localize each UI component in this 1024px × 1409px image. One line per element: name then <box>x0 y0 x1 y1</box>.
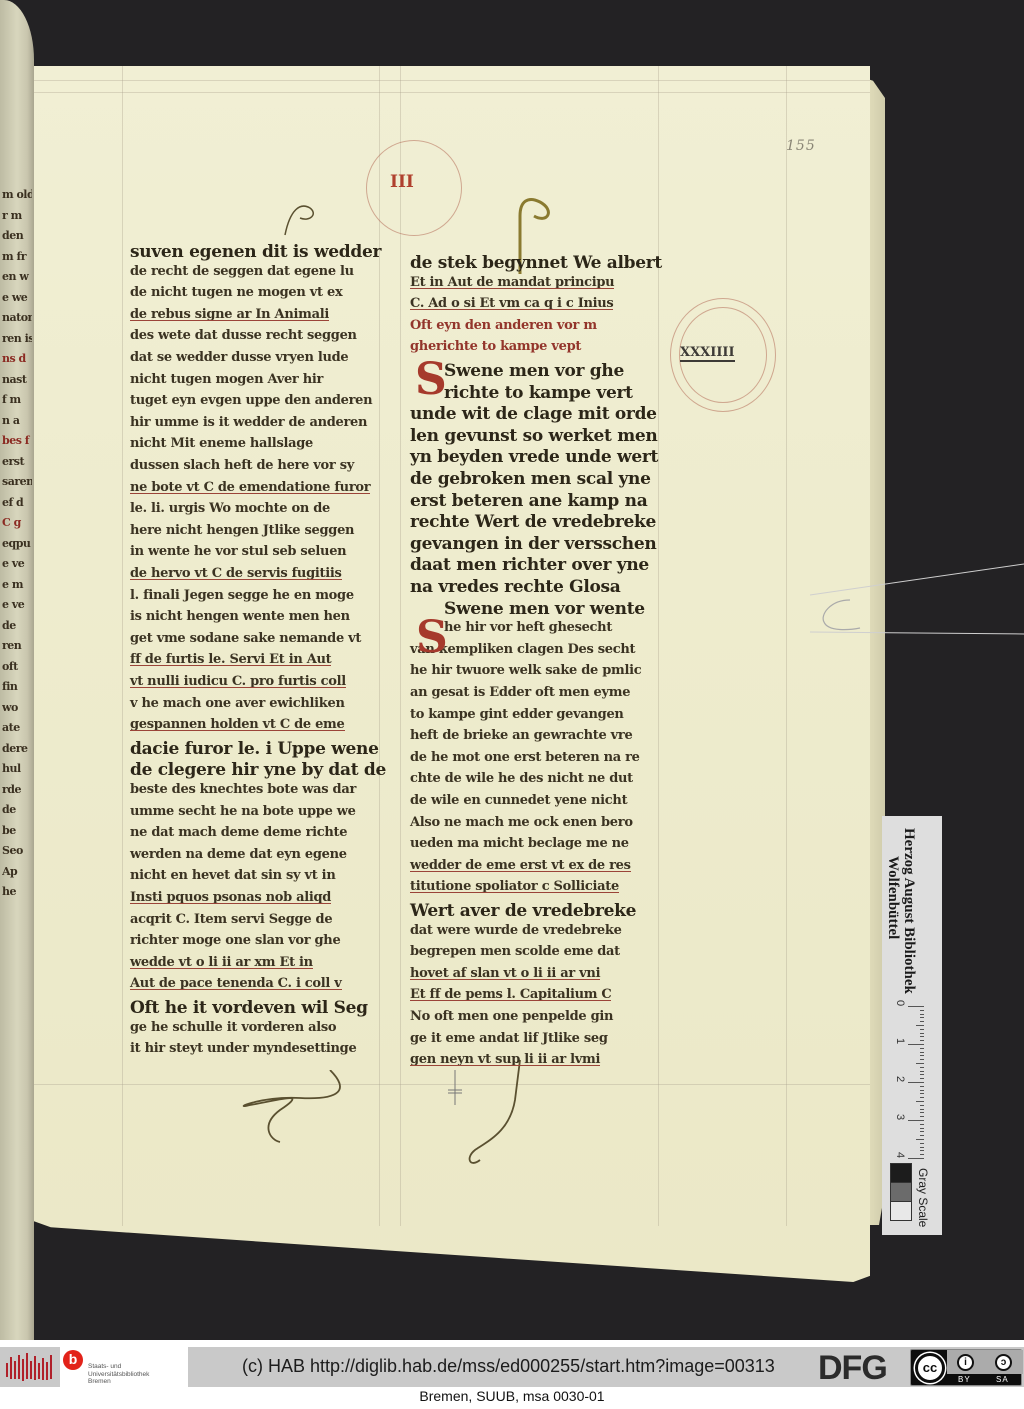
ruler-tick <box>920 1067 924 1068</box>
manuscript-line: Wert aver de vredebreke <box>410 901 636 921</box>
manuscript-line: erst beteren ane kamp na <box>410 491 647 511</box>
manuscript-line: ne dat mach deme deme richte <box>130 825 347 840</box>
manuscript-line: vt nulli iudicu C. pro furtis coll <box>130 674 346 689</box>
ruling-line <box>658 66 659 1226</box>
flourish-decoration <box>420 1060 540 1170</box>
facing-page-line: den <box>2 226 32 247</box>
facing-page-line: hul <box>2 759 32 780</box>
manuscript-line: werden na deme dat eyn egene <box>130 847 347 862</box>
chapter-numeral: III <box>390 172 414 192</box>
ruler-tick <box>920 1112 924 1113</box>
ruler-tick <box>920 1097 924 1098</box>
manuscript-line: tuget eyn evgen uppe den anderen <box>130 393 372 408</box>
facing-page-line: he <box>2 882 32 903</box>
ruler-tick <box>916 1063 924 1064</box>
manuscript-line: nicht Mit eneme hallslage <box>130 436 313 451</box>
manuscript-line: Aut de pace tenenda C. i coll v <box>130 976 342 991</box>
manuscript-line: l. finali Jegen segge he en moge <box>130 588 354 603</box>
ruler-tick <box>908 1006 924 1007</box>
facing-page-line: dere <box>2 739 32 760</box>
suub-b-logo: b <box>63 1350 83 1370</box>
ruler-tick <box>920 1154 924 1155</box>
facing-page-line: Ap <box>2 862 32 883</box>
manuscript-line: hovet af slan vt o li ii ar vni <box>410 966 600 981</box>
ruler-label: 4 <box>894 1152 906 1158</box>
facing-page-line: r m <box>2 206 32 227</box>
manuscript-line: yn beyden vrede unde wert <box>410 447 658 467</box>
ruler-tick <box>920 1014 924 1015</box>
ruler-tick <box>916 1139 924 1140</box>
manuscript-line: here nicht hengen Jtlike seggen <box>130 523 354 538</box>
manuscript-line: dat were wurde de vredebreke <box>410 923 622 938</box>
by-label: BY <box>958 1375 971 1384</box>
manuscript-line: beste des knechtes bote was dar <box>130 782 356 797</box>
facing-page-line: erst <box>2 452 32 473</box>
manuscript-line: des wete dat dusse recht seggen <box>130 328 357 343</box>
manuscript-line: C. Ad o si Et vm ca q i c Inius <box>410 296 613 311</box>
facing-page-text: m oldr mdenm fren we wenatonren isns dna… <box>2 185 32 903</box>
chapter-circle <box>366 140 462 236</box>
facing-page-line: ate <box>2 718 32 739</box>
ruler-label: 2 <box>894 1076 906 1082</box>
manuscript-line: an gesat is Edder oft men eyme <box>410 685 630 700</box>
manuscript-line: le. li. urgis Wo mochte on de <box>130 501 330 516</box>
ruler-tick <box>920 1116 924 1117</box>
manuscript-line: Et in Aut de mandat principu <box>410 275 614 290</box>
ruler-tick <box>920 1074 924 1075</box>
suub-name-line: Staats- und <box>88 1363 149 1371</box>
facing-page-line: oft <box>2 657 32 678</box>
attribution-icon: i <box>957 1354 974 1371</box>
manuscript-line: suven egenen dit is wedder <box>130 242 381 262</box>
target-institution-name: Herzog August Bibliothek <box>900 828 917 994</box>
manuscript-line: gevangen in der versschen <box>410 534 656 554</box>
manuscript-line: dat se wedder dusse vryen lude <box>130 350 348 365</box>
ruling-line <box>786 66 787 1226</box>
ruler-tick <box>920 1071 924 1072</box>
facing-page-line: e ve <box>2 554 32 575</box>
manuscript-line: wedder de eme erst vt ex de res <box>410 858 631 873</box>
ruling-line <box>34 80 870 81</box>
manuscript-line: richte to kampe vert <box>444 383 633 403</box>
facing-page-line: de <box>2 616 32 637</box>
manuscript-line: is nicht hengen wente men hen <box>130 609 350 624</box>
ruler-tick <box>920 1135 924 1136</box>
suub-bars-icon <box>6 1353 52 1381</box>
facing-page-line: n a <box>2 411 32 432</box>
manuscript-line: nicht tugen mogen Aver hir <box>130 372 323 387</box>
copyright-link[interactable]: (c) HAB http://diglib.hab.de/mss/ed00025… <box>242 1356 775 1377</box>
facing-page-line: be <box>2 821 32 842</box>
ruling-line <box>400 66 401 1226</box>
manuscript-line: umme secht he na bote uppe we <box>130 804 356 819</box>
ruler-tick <box>920 1055 924 1056</box>
facing-page-line: rde <box>2 780 32 801</box>
ruling-line <box>34 92 870 93</box>
flourish-decoration <box>220 1070 380 1150</box>
manuscript-line: Insti pquos psonas nob aliqd <box>130 890 331 905</box>
suub-name-line: Universitätsbibliothek <box>88 1371 149 1379</box>
facing-page-line: m old <box>2 185 32 206</box>
share-alike-icon: ↄ <box>995 1354 1012 1371</box>
manuscript-line: Swene men vor ghe <box>444 361 624 381</box>
rubricated-initial: S <box>415 358 447 402</box>
manuscript-line: he hir vor heft ghesecht <box>444 620 612 635</box>
facing-page-line: saren <box>2 472 32 493</box>
ruler-tick <box>920 1147 924 1148</box>
ruler-tick <box>916 1025 924 1026</box>
facing-page-line: bes f <box>2 431 32 452</box>
manuscript-line: de recht de seggen dat egene lu <box>130 264 354 279</box>
facing-page-line: ren <box>2 636 32 657</box>
facing-page-line: wo <box>2 698 32 719</box>
manuscript-line: dacie furor le. i Uppe wene <box>130 739 379 759</box>
manuscript-line: gherichte to kampe vept <box>410 339 581 354</box>
manuscript-line: hir umme is it wedder de anderen <box>130 415 367 430</box>
facing-page-line: e m <box>2 575 32 596</box>
manuscript-line: No oft men one penpelde gin <box>410 1009 613 1024</box>
ruler-tick <box>908 1082 924 1083</box>
ruler-tick <box>920 1109 924 1110</box>
facing-page-left: m oldr mdenm fren we wenatonren isns dna… <box>0 0 34 1340</box>
facing-page-line: e ve <box>2 595 32 616</box>
manuscript-line: de gebroken men scal yne <box>410 469 651 489</box>
facing-page-line: ren is <box>2 329 32 350</box>
ruler-tick <box>920 1010 924 1011</box>
manuscript-line: heft de brieke an gewrachte vre <box>410 728 632 743</box>
folio-number: 155 <box>786 138 816 154</box>
ruler-label: 1 <box>894 1038 906 1044</box>
ruler-tick <box>920 1040 924 1041</box>
gray-swatch-mid <box>890 1182 912 1202</box>
manuscript-line: len gevunst so werket men <box>410 426 657 446</box>
ruler-tick <box>908 1120 924 1121</box>
facing-page-line: Seo <box>2 841 32 862</box>
manuscript-line: de stek begynnet We albert <box>410 253 662 273</box>
ruling-line <box>122 66 123 1226</box>
facing-page-line: m fr <box>2 247 32 268</box>
manuscript-line: Swene men vor wente <box>444 599 645 619</box>
manuscript-line: he hir twuore welk sake de pmlic <box>410 663 641 678</box>
ruler-tick <box>920 1059 924 1060</box>
manuscript-line: nicht en hevet dat sin sy vt in <box>130 868 335 883</box>
chapter-numeral: XXXIIII <box>680 345 735 362</box>
manuscript-line: rechte Wert de vredebreke <box>410 512 656 532</box>
ruler-tick <box>920 1143 924 1144</box>
facing-page-line: C g <box>2 513 32 534</box>
manuscript-line: chte de wile he des nicht ne dut <box>410 771 633 786</box>
gray-swatch-white <box>890 1201 912 1221</box>
binding-thread <box>810 560 1024 640</box>
facing-page-line: fin <box>2 677 32 698</box>
gray-scale-label: Gray Scale <box>916 1168 930 1227</box>
color-calibration-target: Herzog August Bibliothek Wolfenbüttel 01… <box>882 816 942 1235</box>
suub-barcode-logo <box>0 1347 58 1387</box>
cc-icon: cc <box>915 1353 945 1383</box>
ruler-tick <box>908 1158 924 1159</box>
sa-label: SA <box>996 1375 1009 1384</box>
ruler-tick <box>920 1033 924 1034</box>
manuscript-line: begrepen men scolde eme dat <box>410 944 620 959</box>
manuscript-line: v he mach one aver ewichliken <box>130 696 345 711</box>
facing-page-line: naton <box>2 308 32 329</box>
rubricated-initial: S <box>416 616 448 660</box>
manuscript-line: Oft he it vordeven wil Seg <box>130 998 368 1018</box>
suub-name: Staats- und Universitätsbibliothek Breme… <box>88 1363 149 1386</box>
manuscript-scan: m oldr mdenm fren we wenatonren isns dna… <box>0 0 1024 1340</box>
facing-page-line: nast <box>2 370 32 391</box>
manuscript-line: de hervo vt C de servis fugitiis <box>130 566 342 581</box>
manuscript-line: richter moge one slan vor ghe <box>130 933 340 948</box>
facing-page-line: de <box>2 800 32 821</box>
manuscript-line: acqrit C. Item servi Segge de <box>130 912 332 927</box>
manuscript-line: to kampe gint edder gevangen <box>410 707 624 722</box>
facing-page-line: eqpu <box>2 534 32 555</box>
manuscript-line: ueden ma micht beclage me ne <box>410 836 629 851</box>
ruler-tick <box>920 1036 924 1037</box>
dfg-logo: DFG <box>818 1350 887 1386</box>
ruler-tick <box>920 1048 924 1049</box>
ruler-label: 3 <box>894 1114 906 1120</box>
ruler-tick <box>916 1101 924 1102</box>
suub-name-line: Bremen <box>88 1378 149 1386</box>
ruler-tick <box>920 1090 924 1091</box>
manuscript-line: de rebus signe ar In Animali <box>130 307 329 322</box>
ruler-tick <box>920 1052 924 1053</box>
ruler-tick <box>920 1021 924 1022</box>
manuscript-line: daat men richter over yne <box>410 555 649 575</box>
manuscript-line: in wente he vor stul seb seluen <box>130 544 346 559</box>
ruler-tick <box>920 1017 924 1018</box>
ruler-tick <box>920 1131 924 1132</box>
manuscript-line: gen neyn vt sup li ii ar lvmi <box>410 1052 600 1067</box>
shelfmark: Bremen, SUUB, msa 0030-01 <box>0 1388 1024 1404</box>
manuscript-line: ff de furtis le. Servi Et in Aut <box>130 652 331 667</box>
manuscript-line: ge it eme andat lif Jtlike seg <box>410 1031 608 1046</box>
ruler-tick <box>920 1078 924 1079</box>
flourish-decoration <box>270 200 330 240</box>
target-institution-city: Wolfenbüttel <box>884 856 901 939</box>
facing-page-line: en w <box>2 267 32 288</box>
ruling-line <box>379 66 380 1226</box>
manuscript-line: unde wit de clage mit orde <box>410 404 657 424</box>
ruler-tick <box>920 1093 924 1094</box>
cc-license-badge[interactable]: cc i ↄ BY SA <box>910 1349 1022 1386</box>
manuscript-line: it hir steyt under myndesettinge <box>130 1041 356 1056</box>
manuscript-line: wedde vt o li ii ar xm Et in <box>130 955 313 970</box>
manuscript-line: Et ff de pems l. Capitalium C <box>410 987 611 1002</box>
manuscript-line: de clegere hir yne by dat de <box>130 760 386 780</box>
ruler-tick <box>908 1044 924 1045</box>
ruler-tick <box>920 1105 924 1106</box>
facing-page-line: f m <box>2 390 32 411</box>
manuscript-line: de nicht tugen ne mogen vt ex <box>130 285 342 300</box>
ruler-tick <box>920 1150 924 1151</box>
manuscript-line: titutione spoliator c Solliciate <box>410 879 619 894</box>
manuscript-line: get vme sodane sake nemande vt <box>130 631 361 646</box>
facing-page-line: ns d <box>2 349 32 370</box>
manuscript-line: na vredes rechte Glosa <box>410 577 621 597</box>
ruler-tick <box>920 1124 924 1125</box>
manuscript-line: Also ne mach me ock enen bero <box>410 815 633 830</box>
manuscript-line: gespannen holden vt C de eme <box>130 717 345 732</box>
manuscript-line: Oft eyn den anderen vor m <box>410 318 597 333</box>
manuscript-line: ne bote vt C de emendatione furor <box>130 480 370 495</box>
ruler-tick <box>920 1086 924 1087</box>
manuscript-line: de he mot one erst beteren na re <box>410 750 640 765</box>
ruler-tick <box>920 1128 924 1129</box>
facing-page-line: e we <box>2 288 32 309</box>
ruler-label: 0 <box>894 1000 906 1006</box>
manuscript-line: dussen slach heft de here vor sy <box>130 458 354 473</box>
gray-swatch-black <box>890 1163 912 1183</box>
facing-page-line: ef d <box>2 493 32 514</box>
footer-bar: b Staats- und Universitätsbibliothek Bre… <box>0 1347 1024 1387</box>
manuscript-line: ge he schulle it vorderen also <box>130 1020 336 1035</box>
manuscript-line: de wile en cunnedet yene nicht <box>410 793 627 808</box>
ruler-tick <box>920 1029 924 1030</box>
